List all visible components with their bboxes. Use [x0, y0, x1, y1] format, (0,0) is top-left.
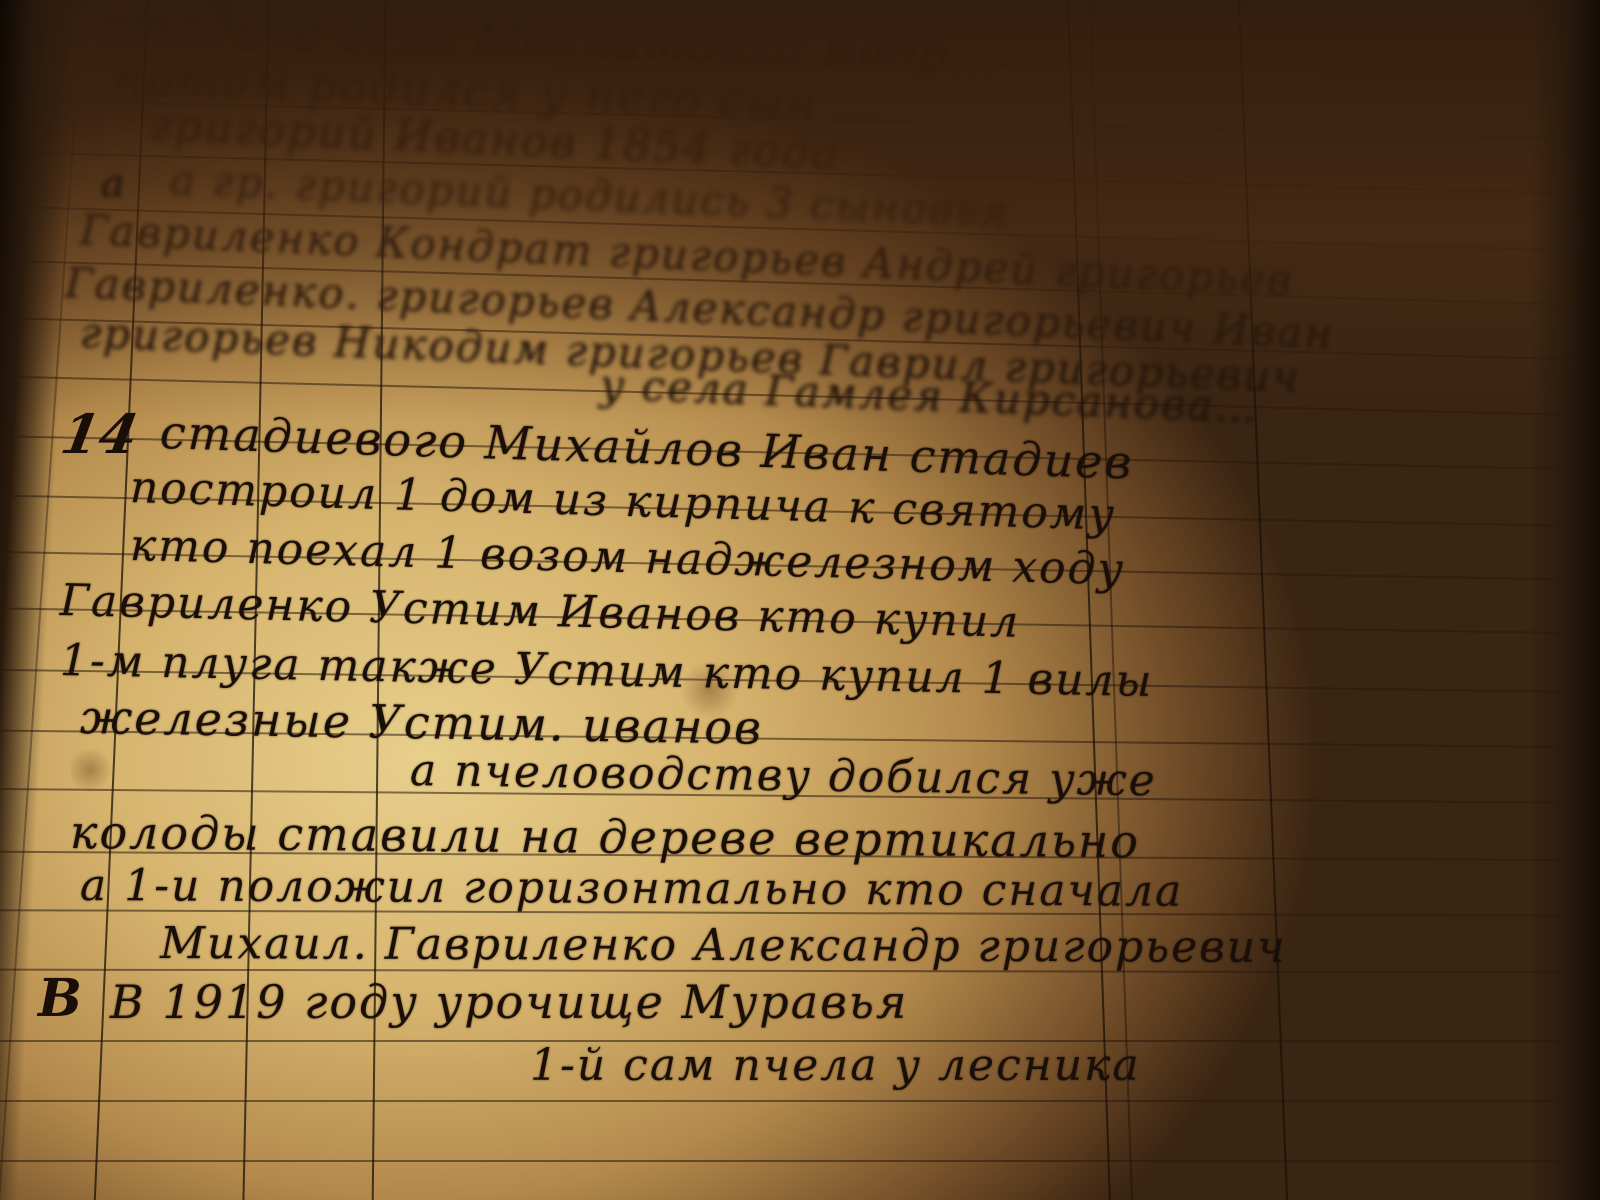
margin-mark-v: В: [38, 968, 82, 1029]
handwritten-line: 1-й сам пчела у лесника: [530, 1040, 1141, 1091]
top-shadow: [0, 0, 1600, 420]
handwritten-line: а пчеловодству добился уже: [410, 745, 1158, 806]
paper-stain: [70, 745, 110, 795]
ruling-line: [0, 1160, 1600, 1162]
ledger-photo: а 14 В стадиев село Мохнатовка Бобр… пот…: [0, 0, 1600, 1200]
ruling-line: [0, 1100, 1600, 1102]
right-page-edge-shadow: [1530, 0, 1600, 1200]
handwritten-line: В 1919 году урочище Муравья: [110, 975, 908, 1029]
handwritten-line: колоды ставили на дереве вертикально: [70, 805, 1140, 868]
handwritten-line: а 1-и положил горизонтально кто сначала: [80, 860, 1184, 917]
handwritten-line: Михаил. Гавриленко Александр григорьевич: [160, 918, 1287, 973]
